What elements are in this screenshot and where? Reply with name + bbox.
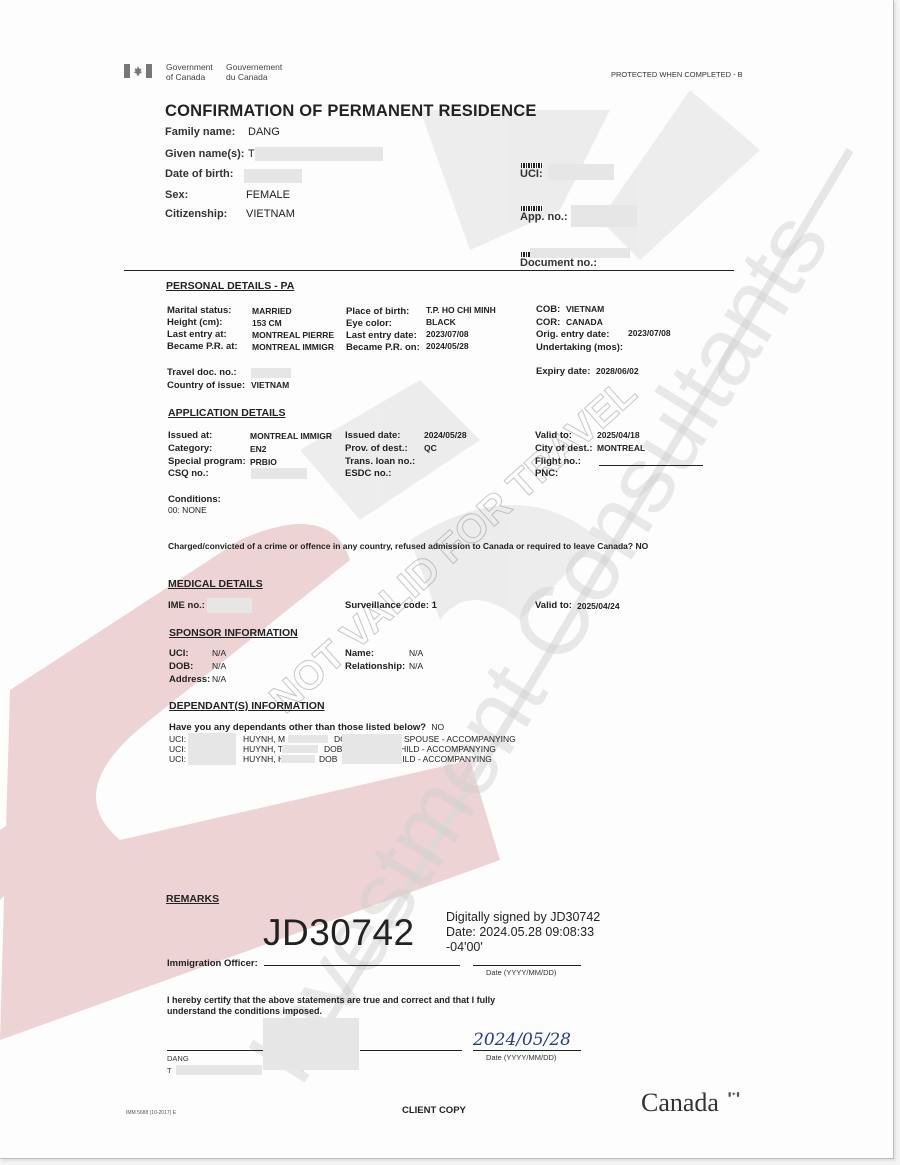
canada-flag-icon [124,64,152,78]
category-value: EN2 [250,444,267,454]
header-divider [124,270,734,271]
category-label: Category: [168,443,212,454]
redacted-dependant-dob [342,734,402,764]
app-no-label: App. no.: [520,211,568,223]
place-of-birth-label: Place of birth: [346,306,409,317]
last-entry-at-value: MONTREAL PIERRE [252,330,334,340]
ime-label: IME no.: [168,600,205,611]
cob-value: VIETNAM [566,304,604,314]
redacted-ime [207,598,252,613]
sponsor-dob-label: DOB: [169,661,193,672]
became-pr-on-label: Became P.R. on: [346,342,420,353]
height-value: 153 CM [252,318,282,328]
holder-family-name: DANG [167,1054,189,1063]
issued-date-label: Issued date: [345,430,400,441]
gov-fr-wordmark: Gouvernementdu Canada [226,62,282,82]
redacted-uci [548,164,614,180]
citizenship-label: Citizenship: [165,208,227,220]
protected-marking: PROTECTED WHEN COMPLETED - B [611,70,743,79]
expiry-date-label: Expiry date: [536,366,590,377]
redacted-csq [251,468,307,479]
sponsor-name-label: Name: [345,648,374,659]
canada-wordmark: Canada [641,1088,719,1118]
prov-dest-value: QC [424,443,437,453]
conditions-value: 00: NONE [168,505,207,515]
redacted-document-no [530,248,630,258]
became-pr-at-label: Became P.R. at: [167,341,238,352]
sponsor-address-label: Address: [169,674,210,685]
redacted-travel-doc [251,368,291,378]
sponsor-uci-label: UCI: [169,648,189,659]
redacted-holder-given [176,1065,262,1075]
dependant-row: UCI: HUYNH, H DOB CHILD - ACCOMPANYING [169,754,186,764]
flight-no-label: Flight no.: [535,456,581,467]
special-program-label: Special program: [168,456,246,467]
sponsor-heading: SPONSOR INFORMATION [169,627,298,639]
eye-color-value: BLACK [426,317,456,327]
form-code: IMM 5688 (10-2017) E [126,1110,176,1116]
medical-valid-to-value: 2025/04/24 [577,601,620,611]
became-pr-on-value: 2024/05/28 [426,341,469,351]
document-page: NOT VALID FOR TRAVEL Investment Consulta… [0,0,894,1159]
watermark: NOT VALID FOR TRAVEL Investment Consulta… [0,0,900,1165]
marital-status-label: Marital status: [167,305,231,316]
trans-loan-label: Trans. loan no.: [345,456,415,467]
valid-to-value: 2025/04/18 [597,430,640,440]
digital-signature-block: Digitally signed by JD30742 Date: 2024.0… [446,910,600,955]
medical-details-heading: MEDICAL DETAILS [168,578,263,590]
medical-valid-to-label: Valid to: [535,600,572,611]
sponsor-relationship-label: Relationship: [345,661,405,672]
certification-statement: I hereby certify that the above statemen… [167,995,495,1017]
redacted-app-no [571,205,637,227]
immigration-officer-label: Immigration Officer: [167,958,258,969]
client-copy-label: CLIENT COPY [402,1105,466,1116]
citizenship-value: VIETNAM [246,208,295,220]
city-dest-label: City of dest.: [535,443,593,454]
place-of-birth-value: T.P. HO CHI MINH [426,305,496,315]
issued-date-value: 2024/05/28 [424,430,467,440]
dob-label: Date of birth: [165,168,233,180]
sponsor-name-value: N/A [409,648,423,658]
holder-signature-line [167,1050,265,1051]
city-dest-value: MONTREAL [597,443,645,453]
criminal-answer: NO [635,541,648,551]
expiry-date-value: 2028/06/02 [596,366,639,376]
uci-label: UCI: [520,168,543,180]
country-of-issue-label: Country of issue: [167,380,245,391]
officer-signature-id: JD30742 [263,912,415,954]
holder-date-label: Date (YYYY/MM/DD) [486,1053,556,1062]
sponsor-relationship-value: N/A [409,661,423,671]
csq-label: CSQ no.: [168,468,209,479]
height-label: Height (cm): [167,317,222,328]
sponsor-address-value: N/A [212,674,226,684]
wordmark-flag-icon: ▮✦▮ [728,1091,740,1098]
eye-color-label: Eye color: [346,318,392,329]
holder-given-name: T [167,1066,172,1075]
conditions-label: Conditions: [168,494,221,505]
redacted-given-names [255,147,383,161]
criminal-question: Charged/convicted of a crime or offence … [168,541,648,551]
issued-at-value: MONTREAL IMMIGR [250,431,332,441]
flight-no-line [599,465,703,466]
family-name-label: Family name: [165,126,235,138]
orig-entry-date-value: 2023/07/08 [628,328,671,338]
travel-doc-label: Travel doc. no.: [167,367,237,378]
undertaking-label: Undertaking (mos): [536,342,623,353]
personal-details-heading: PERSONAL DETAILS - PA [166,280,294,292]
cob-label: COB: [536,304,560,315]
family-name-value: DANG [248,126,280,138]
document-no-label: Document no.: [520,257,597,269]
redacted-dependant-name [281,755,315,763]
remarks-heading: REMARKS [166,893,219,905]
last-entry-date-label: Last entry date: [346,330,417,341]
redacted-dob [244,169,302,183]
cor-label: COR: [536,317,560,328]
redacted-dependant-name [282,745,318,753]
dependant-row: UCI: HUYNH, M DOB SPOUSE - ACCOMPANYING [169,734,186,744]
given-names-value: T [248,148,255,160]
became-pr-at-value: MONTREAL IMMIGR [252,342,334,352]
sex-label: Sex: [165,189,188,201]
document-title: CONFIRMATION OF PERMANENT RESIDENCE [165,102,537,121]
last-entry-at-label: Last entry at: [167,329,227,340]
marital-status-value: MARRIED [252,306,292,316]
valid-to-label: Valid to: [535,430,572,441]
surveillance-code: Surveillance code: 1 [345,600,437,611]
issued-at-label: Issued at: [168,430,212,441]
pnc-label: PNC: [535,468,558,479]
officer-date-label: Date (YYYY/MM/DD) [486,968,556,977]
officer-signature-line [264,965,460,966]
redacted-holder-signature [263,1018,359,1070]
given-names-label: Given name(s): [165,148,244,160]
application-details-heading: APPLICATION DETAILS [168,407,285,419]
holder-signature-line-2 [360,1050,462,1051]
gov-en-wordmark: Governmentof Canada [166,62,213,82]
officer-date-line [473,965,581,966]
country-of-issue-value: VIETNAM [251,380,289,390]
redacted-dependant-name [288,735,328,743]
last-entry-date-value: 2023/07/08 [426,329,469,339]
dependant-row: UCI: HUYNH, T DOB CHILD - ACCOMPANYING [169,744,186,754]
special-program-value: PRBIO [250,457,277,467]
cor-value: CANADA [566,317,603,327]
dependants-answer: NO [431,722,444,732]
handwritten-date: 2024/05/28 [473,1030,571,1050]
orig-entry-date-label: Orig. entry date: [536,329,609,340]
prov-dest-label: Prov. of dest.: [345,443,408,454]
esdc-label: ESDC no.: [345,468,391,479]
sponsor-dob-value: N/A [212,661,226,671]
sponsor-uci-value: N/A [212,648,226,658]
dependants-question: Have you any dependants other than those… [169,722,444,733]
holder-date-line [473,1050,581,1051]
redacted-dependant-uci [188,733,236,765]
sex-value: FEMALE [246,189,290,201]
dependants-heading: DEPENDANT(S) INFORMATION [169,700,325,712]
